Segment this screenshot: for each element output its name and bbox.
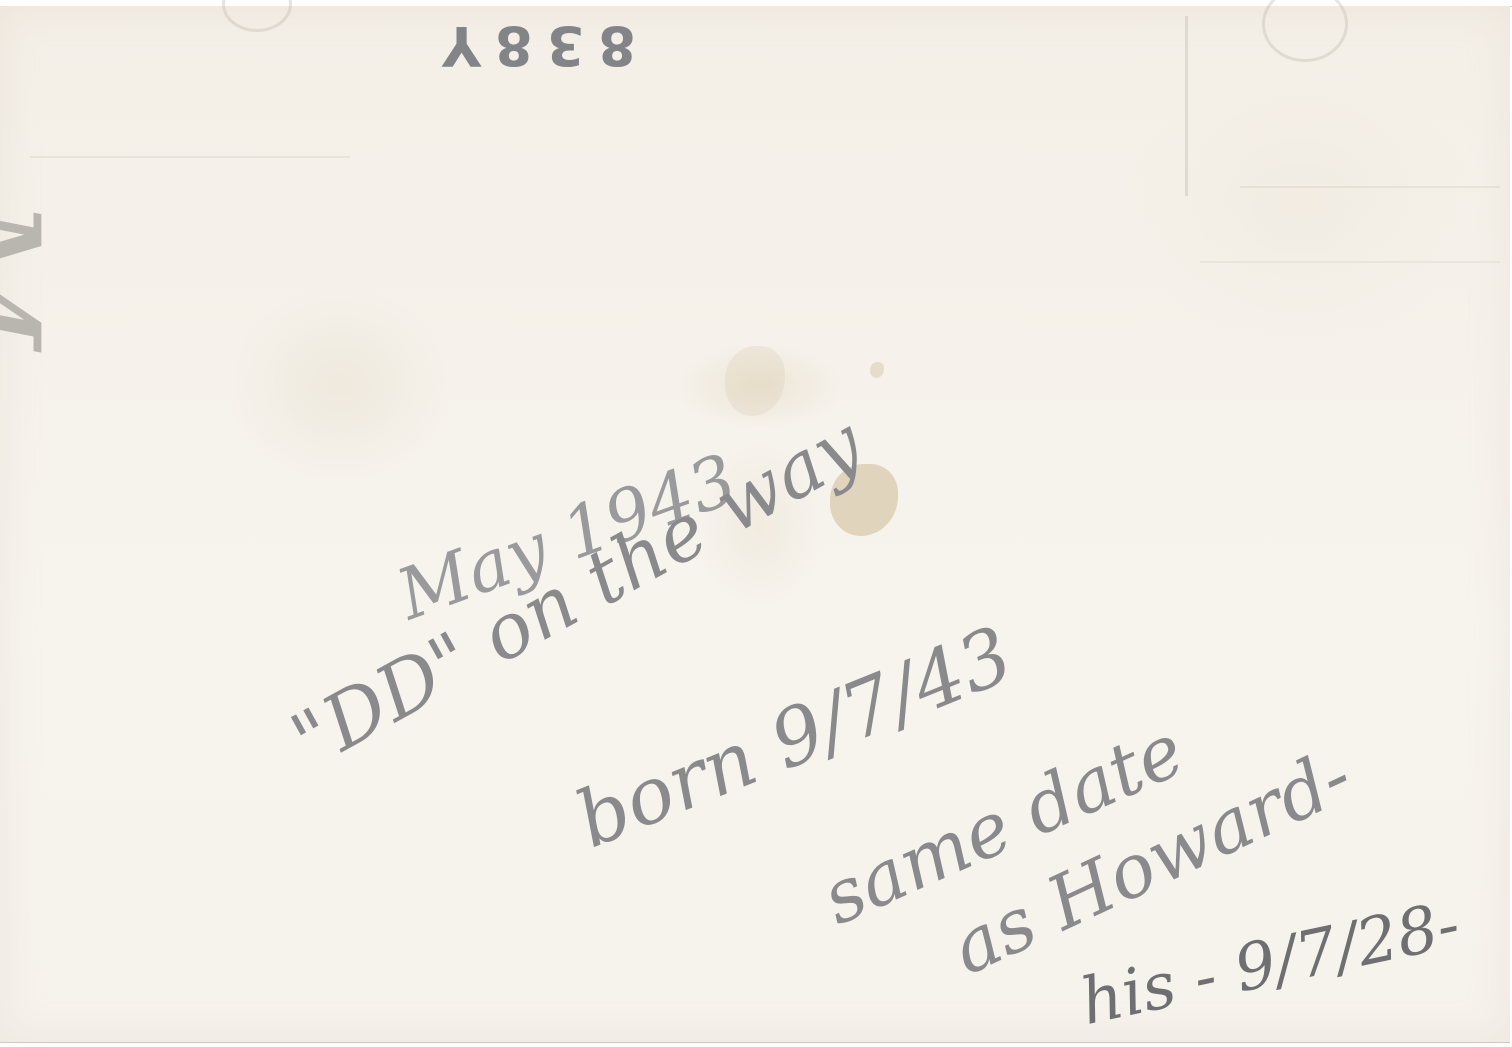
ghost-line-mark <box>30 156 350 158</box>
ghost-line-mark <box>1240 186 1500 188</box>
ghost-circle-mark <box>1262 0 1348 62</box>
water-stain <box>725 346 785 416</box>
ghost-circle-mark <box>222 0 292 32</box>
water-stain <box>870 362 884 378</box>
sideways-pencil-mark: M <box>0 196 70 350</box>
ghost-line-mark <box>1200 261 1500 263</box>
photo-back-paper: 838Y M May 1943 "DD" on the way born 9/7… <box>0 6 1510 1043</box>
stamped-number: 838Y <box>428 14 636 77</box>
ghost-line-mark <box>1185 16 1188 196</box>
